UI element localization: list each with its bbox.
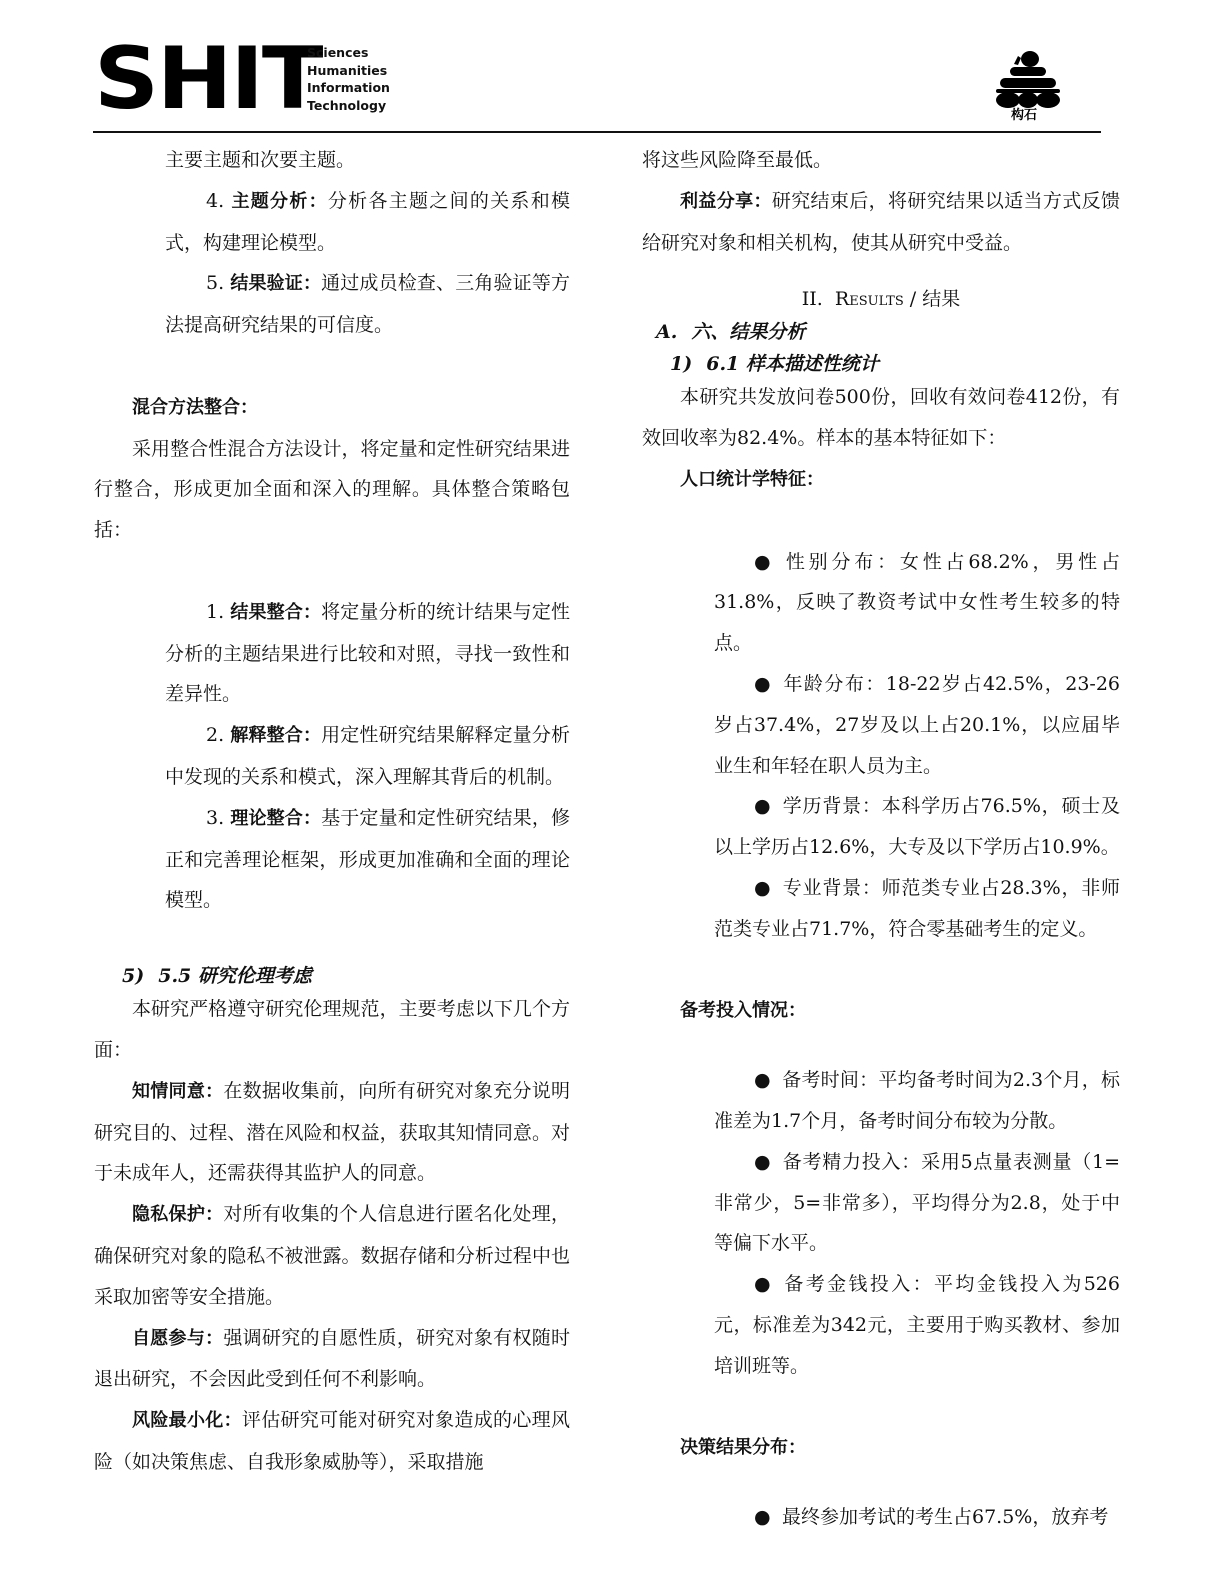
- item-text: 分析各主题之间的关系和模式，构建理论模型。: [165, 190, 570, 254]
- paragraph: 主要主题和次要主题。: [94, 140, 570, 181]
- item-text: 用定性研究结果解释定量分析中发现的关系和模式，深入理解其背后的机制。: [165, 724, 570, 788]
- item-number: 4.: [206, 190, 224, 212]
- bullet-icon: ●: [754, 664, 782, 705]
- spacer: [94, 921, 570, 949]
- header-rule: [93, 131, 1101, 133]
- bullet-item: ●学历背景：本科学历占76.5%，硕士及以上学历占12.6%，大专及以下学历占1…: [642, 786, 1120, 868]
- numbered-item: 2. 解释整合：用定性研究结果解释定量分析中发现的关系和模式，深入理解其背后的机…: [94, 715, 570, 798]
- spacer: [642, 1032, 1120, 1060]
- bullet-icon: ●: [754, 1497, 782, 1538]
- item-title: 结果整合：: [230, 602, 321, 623]
- section-suffix: / 结果: [904, 288, 960, 310]
- bullet-icon: ●: [754, 1264, 782, 1305]
- item-text: 通过成员检查、三角验证等方法提高研究结果的可信度。: [165, 272, 570, 336]
- spacer: [642, 1387, 1120, 1428]
- section-number: II.: [802, 288, 823, 310]
- bullet-text: 最终参加考试的考生占67.5%，放弃考: [782, 1506, 1108, 1528]
- item-title: 解释整合：: [230, 725, 321, 746]
- logo-line: Humanities: [307, 62, 390, 80]
- item-title: 风险最小化：: [132, 1410, 242, 1431]
- bullet-icon: ●: [754, 868, 782, 909]
- spacer: [94, 551, 570, 592]
- heading-number: A.: [656, 321, 677, 343]
- ethics-item: 自愿参与：强调研究的自愿性质，研究对象有权随时退出研究，不会因此受到任何不利影响…: [94, 1318, 570, 1401]
- heading-text: 六、结果分析: [691, 321, 805, 343]
- heading-text: 5.5 研究伦理考虑: [158, 965, 312, 987]
- heading-text: 决策结果分布：: [680, 1437, 806, 1458]
- heading-number: 5): [122, 965, 144, 987]
- numbered-item: 4. 主题分析：分析各主题之间的关系和模式，构建理论模型。: [94, 181, 570, 264]
- bullet-icon: ●: [754, 786, 782, 827]
- section-heading-5-5: 5)5.5 研究伦理考虑: [94, 963, 570, 989]
- section-name: Results: [835, 288, 904, 310]
- bullet-icon: ●: [754, 1142, 782, 1183]
- paragraph: 本研究严格遵守研究伦理规范，主要考虑以下几个方面：: [94, 989, 570, 1071]
- item-text: 将定量分析的统计结果与定性分析的主题结果进行比较和对照，寻找一致性和差异性。: [165, 601, 570, 706]
- ethics-item: 风险最小化：评估研究可能对研究对象造成的心理风险（如决策焦虑、自我形象威胁等），…: [94, 1400, 570, 1483]
- item-number: 3.: [206, 807, 224, 829]
- logo-line: Information: [307, 79, 390, 97]
- spacer: [642, 1469, 1120, 1497]
- logo-wordmark: SHIT: [94, 36, 321, 122]
- item-number: 5.: [206, 272, 224, 294]
- bullet-icon: ●: [754, 542, 782, 583]
- decision-heading: 决策结果分布：: [642, 1427, 1120, 1469]
- bullet-item: ●年龄分布：18-22岁占42.5%，23-26岁占37.4%，27岁及以上占2…: [642, 664, 1120, 786]
- bullet-item: ●备考时间：平均备考时间为2.3个月，标准差为1.7个月，备考时间分布较为分散。: [642, 1060, 1120, 1142]
- numbered-item: 3. 理论整合：基于定量和定性研究结果，修正和完善理论框架，形成更加准确和全面的…: [94, 798, 570, 921]
- demographics-heading: 人口统计学特征：: [642, 459, 1120, 501]
- paragraph: 采用整合性混合方法设计，将定量和定性研究结果进行整合，形成更加全面和深入的理解。…: [94, 429, 570, 551]
- investment-heading: 备考投入情况：: [642, 990, 1120, 1032]
- bullet-item: ●专业背景：师范类专业占28.3%，非师范类专业占71.7%，符合零基础考生的定…: [642, 868, 1120, 950]
- item-text: 基于定量和定性研究结果，修正和完善理论框架，形成更加准确和全面的理论模型。: [165, 807, 570, 912]
- spacer: [642, 501, 1120, 542]
- numbered-item: 1. 结果整合：将定量分析的统计结果与定性分析的主题结果进行比较和对照，寻找一致…: [94, 592, 570, 715]
- heading-text: 人口统计学特征：: [680, 469, 824, 490]
- bullet-item: ●性别分布：女性占68.2%，男性占31.8%，反映了教资考试中女性考生较多的特…: [642, 542, 1120, 664]
- item-number: 1.: [206, 601, 224, 623]
- section-title-results: II. Results / 结果: [642, 285, 1120, 313]
- item-title: 主题分析：: [231, 191, 327, 212]
- item-title: 结果验证：: [230, 273, 321, 294]
- item-title: 理论整合：: [230, 808, 321, 829]
- right-column: 将这些风险降至最低。 利益分享：研究结束后，将研究结果以适当方式反馈给研究对象和…: [642, 140, 1120, 1538]
- paragraph: 本研究共发放问卷500份，回收有效问卷412份，有效回收率为82.4%。样本的基…: [642, 377, 1120, 459]
- item-title: 知情同意：: [132, 1081, 223, 1102]
- item-title: 利益分享：: [680, 191, 772, 212]
- heading-text: 混合方法整合：: [132, 397, 258, 418]
- item-number: 2.: [206, 724, 224, 746]
- ethics-item: 利益分享：研究结束后，将研究结果以适当方式反馈给研究对象和相关机构，使其从研究中…: [642, 181, 1120, 264]
- spacer: [642, 950, 1120, 991]
- ethics-item: 隐私保护：对所有收集的个人信息进行匿名化处理，确保研究对象的隐私不被泄露。数据存…: [94, 1194, 570, 1317]
- mixed-heading: 混合方法整合：: [94, 387, 570, 429]
- ethics-item: 知情同意：在数据收集前，向所有研究对象充分说明研究目的、过程、潜在风险和权益，获…: [94, 1071, 570, 1194]
- numbered-item: 5. 结果验证：通过成员检查、三角验证等方法提高研究结果的可信度。: [94, 263, 570, 346]
- heading-number: 1): [670, 353, 692, 375]
- logo-subtitle: Sciences Humanities Information Technolo…: [307, 44, 390, 114]
- subsection-heading-a: A.六、结果分析: [642, 319, 1120, 345]
- heading-text: 备考投入情况：: [680, 1000, 806, 1021]
- emblem-label: 构石: [1011, 104, 1037, 123]
- page-header: SHIT Sciences Humanities Information Tec…: [0, 0, 1224, 140]
- item-title: 自愿参与：: [132, 1328, 223, 1349]
- logo-line: Technology: [307, 97, 390, 115]
- subsection-heading-6-1: 1)6.1 样本描述性统计: [642, 351, 1120, 377]
- spacer: [94, 346, 570, 387]
- paragraph: 将这些风险降至最低。: [642, 140, 1120, 181]
- heading-text: 6.1 样本描述性统计: [706, 353, 879, 375]
- bullet-item: ●备考精力投入：采用5点量表测量（1=非常少，5=非常多），平均得分为2.8，处…: [642, 1142, 1120, 1264]
- logo-line: Sciences: [307, 44, 390, 62]
- left-column: 主要主题和次要主题。 4. 主题分析：分析各主题之间的关系和模式，构建理论模型。…: [94, 140, 570, 1483]
- item-title: 隐私保护：: [132, 1204, 223, 1225]
- bullet-item: ●最终参加考试的考生占67.5%，放弃考: [642, 1497, 1120, 1538]
- bullet-icon: ●: [754, 1060, 782, 1101]
- bullet-item: ●备考金钱投入：平均金钱投入为526元，标准差为342元，主要用于购买教材、参加…: [642, 1264, 1120, 1386]
